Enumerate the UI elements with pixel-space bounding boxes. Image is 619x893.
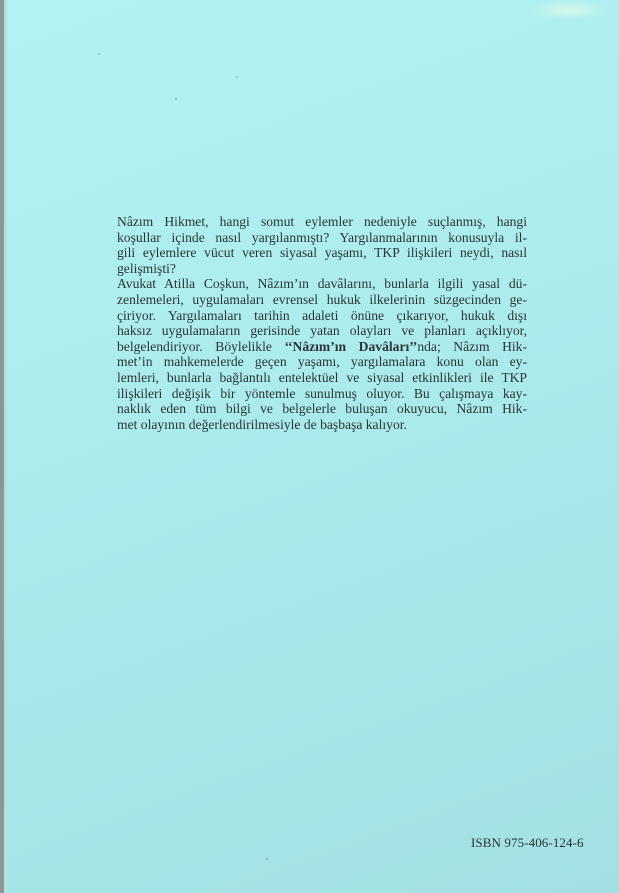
blurb-line: ilişkileri değişik bir yöntemle sunulmuş…: [117, 386, 527, 402]
blurb-line: zenlemeleri, uygulamaları evrensel hukuk…: [117, 292, 527, 308]
blurb-line-with-title: belgelendiriyor. Böylelikle ‘‘Nâzım’ın D…: [117, 339, 527, 355]
cover-edge: [4, 0, 7, 893]
scan-glare: [529, 0, 609, 20]
blurb-line: met olayının değerlendirilmesiyle de baş…: [117, 417, 527, 433]
blurb-line: Nâzım Hikmet, hangi somut eylemler neden…: [117, 214, 527, 230]
blurb-line: naklık eden tüm bilgi ve belgelerle bulu…: [117, 401, 527, 417]
blurb-paragraph-2: Avukat Atilla Coşkun, Nâzım’ın davâların…: [117, 276, 527, 432]
blurb-line: met’in mahkemelerde geçen yaşamı, yargıl…: [117, 354, 527, 370]
paper-speck: [266, 858, 268, 860]
blurb-line: Avukat Atilla Coşkun, Nâzım’ın davâların…: [117, 276, 527, 292]
blurb-line: çiriyor. Yargılamaları tarihin adaleti ö…: [117, 308, 527, 324]
book-back-cover: Nâzım Hikmet, hangi somut eylemler neden…: [4, 0, 619, 893]
blurb-line: lemleri, bunlarla bağlantılı entelektüel…: [117, 370, 527, 386]
paper-speck: [175, 98, 177, 100]
isbn-number: ISBN 975-406-124-6: [471, 835, 584, 851]
blurb-line: haksız uygulamaların gerisinde yatan ola…: [117, 323, 527, 339]
blurb-text: Nâzım Hikmet, hangi somut eylemler neden…: [117, 214, 527, 432]
blurb-text-segment: belgelendiriyor. Böylelikle: [117, 339, 284, 354]
blurb-line: gelişmişti?: [117, 261, 527, 277]
paper-speck: [236, 76, 238, 78]
blurb-line: koşullar içinde nasıl yargılanmıştı? Yar…: [117, 230, 527, 246]
paper-speck: [98, 53, 100, 55]
blurb-paragraph-1: Nâzım Hikmet, hangi somut eylemler neden…: [117, 214, 527, 276]
book-title: ‘‘Nâzım’ın Davâları’’: [284, 339, 417, 354]
blurb-text-segment: nda; Nâzım Hik-: [417, 339, 527, 354]
blurb-line: gili eylemlere vücut veren siyasal yaşam…: [117, 245, 527, 261]
